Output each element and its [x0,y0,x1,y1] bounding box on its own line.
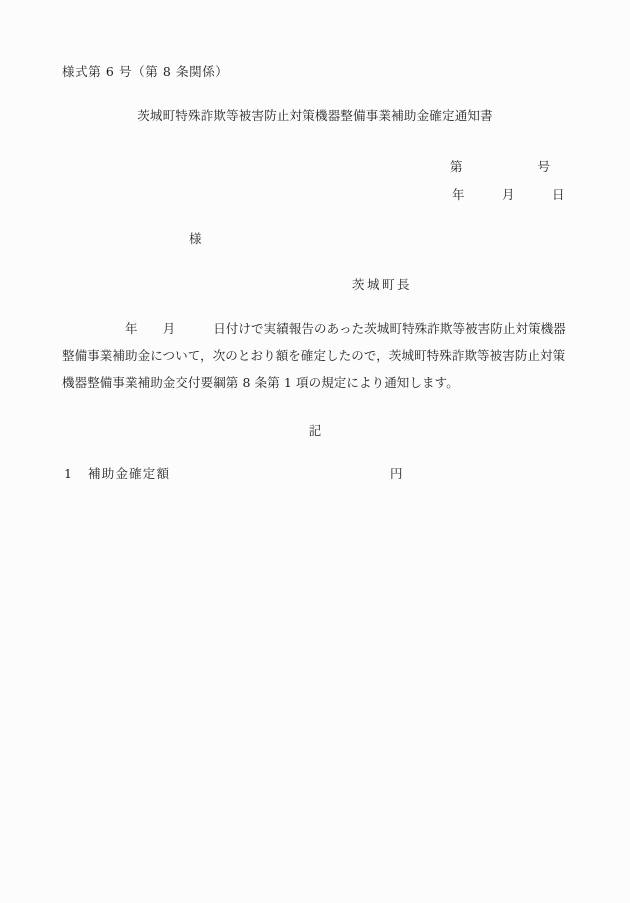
sender-title: 茨城町長 [352,278,412,292]
body-line-3: 機器整備事業補助金交付要綱第 8 条第 1 項の規定により通知します。 [62,369,574,396]
item-label: 補助金確定額 [88,466,170,481]
doc-number-blank-line: 第 号 [450,160,550,174]
note-heading: 記 [0,424,630,438]
item-unit-yen: 円 [390,467,403,481]
document-title: 茨城町特殊詐欺等被害防止対策機器整備事業補助金確定通知書 [0,109,630,123]
date-blank-line: 年 月 日 [452,188,565,202]
addressee-honorific: 様 [189,232,202,246]
body-line-2: 整備事業補助金について，次のとおり額を確定したので，茨城町特殊詐欺等被害防止対策 [62,342,574,369]
document-page: 様式第 6 号（第 8 条関係） 茨城町特殊詐欺等被害防止対策機器整備事業補助金… [0,0,630,903]
body-line-1: 年 月 日付けで実績報告のあった茨城町特殊詐欺等被害防止対策機器 [62,315,574,342]
item-number: 1 [64,467,88,481]
item-row-subsidy-amount: 1補助金確定額円 [64,467,590,481]
body-paragraph: 年 月 日付けで実績報告のあった茨城町特殊詐欺等被害防止対策機器 整備事業補助金… [62,315,574,396]
form-number-label: 様式第 6 号（第 8 条関係） [62,65,228,79]
